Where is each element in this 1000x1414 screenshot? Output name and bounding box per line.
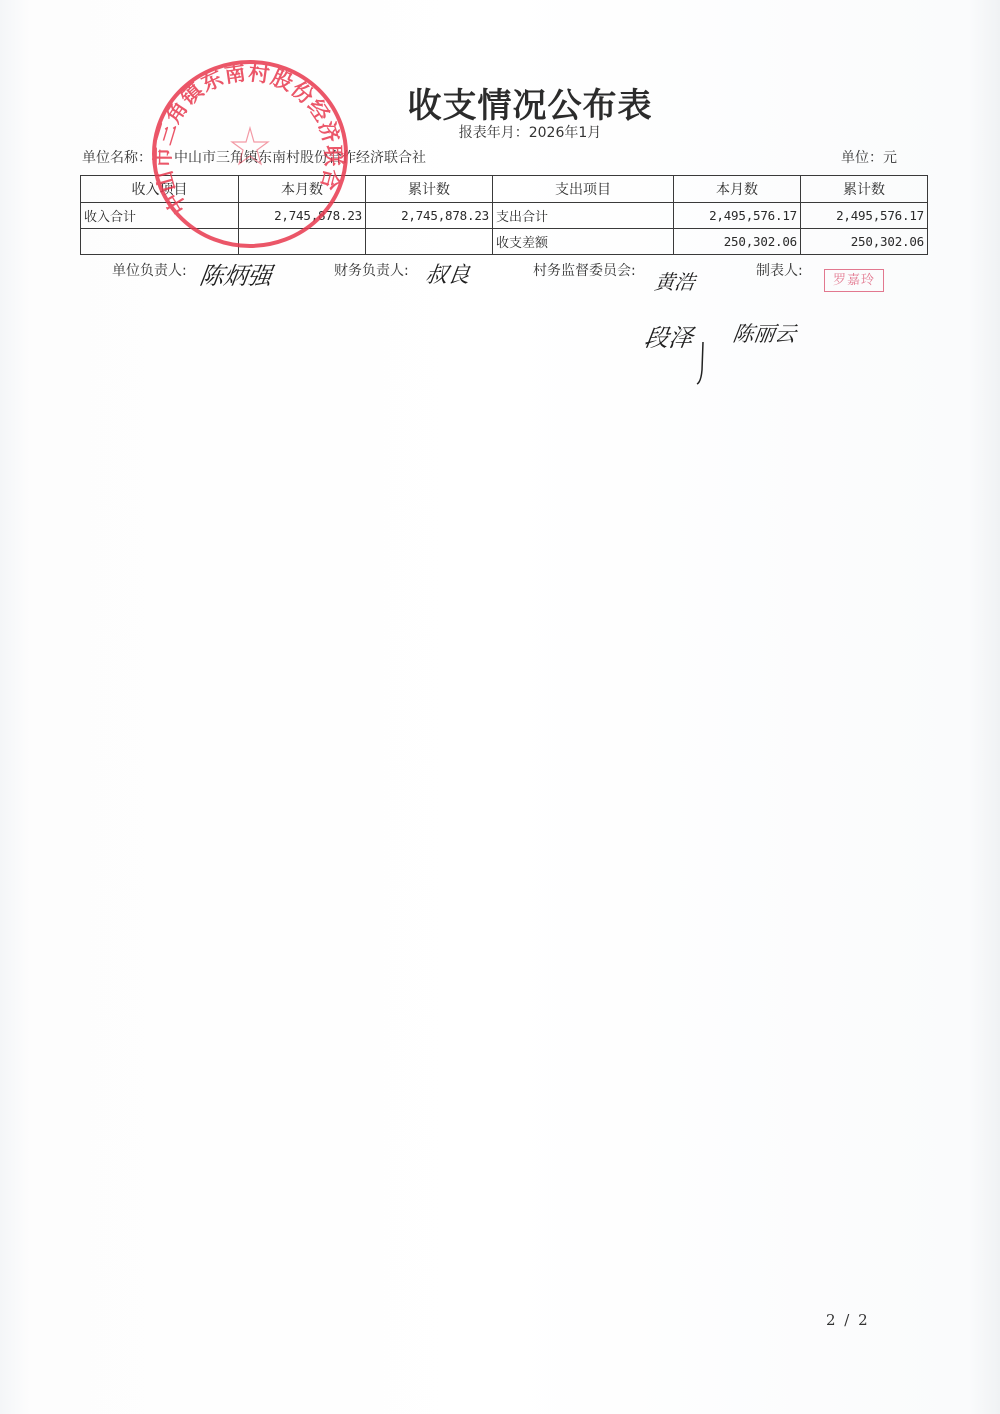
header-income-item: 收入项目	[81, 176, 239, 203]
table-row: 收入合计 2,745,878.23 2,745,878.23 支出合计 2,49…	[81, 203, 928, 229]
expense-cumulative: 2,495,576.17	[801, 203, 928, 229]
signature-stroke	[695, 340, 715, 390]
preparer-label: 制表人:	[756, 260, 803, 280]
report-period: 报表年月：2026年1月	[430, 122, 630, 142]
income-month: 2,745,878.23	[239, 203, 366, 229]
income-item	[81, 229, 239, 255]
table-row: 收支差额 250,302.06 250,302.06	[81, 229, 928, 255]
finance-head-label: 财务负责人:	[334, 260, 409, 280]
expense-cumulative: 250,302.06	[801, 229, 928, 255]
preparer-stamp: 罗嘉玲	[824, 269, 884, 292]
supervision-label: 村务监督委员会:	[533, 260, 636, 280]
unit-name-label: 单位名称：	[82, 147, 174, 167]
expense-month: 250,302.06	[674, 229, 801, 255]
supervision-signature-2: 段泽	[643, 318, 696, 353]
page-title: 收支情况公布表	[380, 78, 680, 127]
supervision-signature-1: 黄浩	[653, 266, 697, 295]
unit-head-signature: 陈炳强	[198, 256, 275, 291]
expense-month: 2,495,576.17	[674, 203, 801, 229]
report-period-label: 报表年月：	[459, 125, 529, 141]
finance-head-signature: 叔良	[424, 258, 472, 289]
currency-unit: 单位：元	[841, 147, 897, 167]
table-header-row: 收入项目 本月数 累计数 支出项目 本月数 累计数	[81, 176, 928, 203]
income-expense-table: 收入项目 本月数 累计数 支出项目 本月数 累计数 收入合计 2,745,878…	[80, 175, 928, 255]
header-expense-cumulative: 累计数	[801, 176, 928, 203]
supervision-signature-3: 陈丽云	[731, 318, 798, 348]
expense-item: 支出合计	[493, 203, 674, 229]
unit-name-row: 单位名称：中山市三角镇东南村股份合作经济联合社	[82, 147, 426, 167]
header-expense-month: 本月数	[674, 176, 801, 203]
income-cumulative	[366, 229, 493, 255]
income-month	[239, 229, 366, 255]
income-item: 收入合计	[81, 203, 239, 229]
expense-item: 收支差额	[493, 229, 674, 255]
header-income-cumulative: 累计数	[366, 176, 493, 203]
unit-name-value: 中山市三角镇东南村股份合作经济联合社	[174, 150, 426, 166]
income-cumulative: 2,745,878.23	[366, 203, 493, 229]
header-income-month: 本月数	[239, 176, 366, 203]
report-period-value: 2026年1月	[529, 125, 602, 141]
header-expense-item: 支出项目	[493, 176, 674, 203]
unit-head-label: 单位负责人:	[112, 260, 187, 280]
page-number: 2 / 2	[826, 1311, 868, 1329]
